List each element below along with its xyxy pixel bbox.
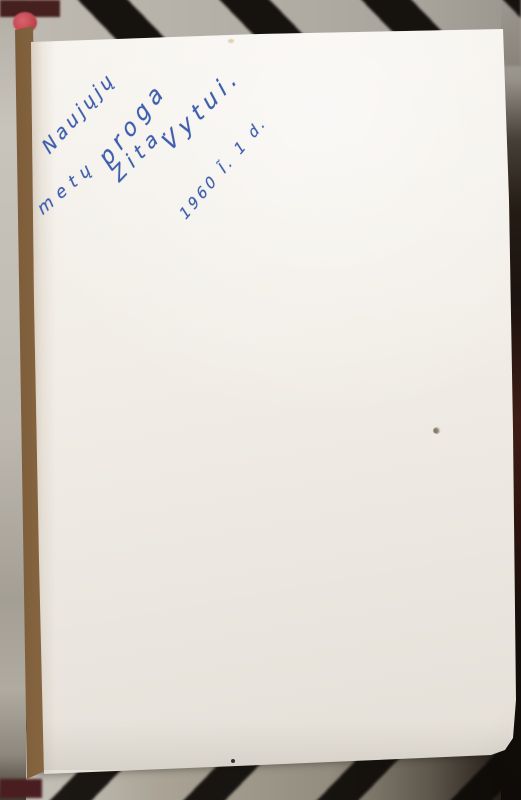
book-photo: Naujųjų metų proga Zita. Vytui. 1960 Ĩ. …: [0, 0, 521, 800]
page-dark-speck: [231, 759, 235, 763]
page-tan-speck: [228, 39, 234, 43]
book-cover-bottom-corner: [0, 779, 42, 798]
flyleaf-page: [0, 0, 521, 800]
page-blemish-speck: [433, 427, 441, 434]
